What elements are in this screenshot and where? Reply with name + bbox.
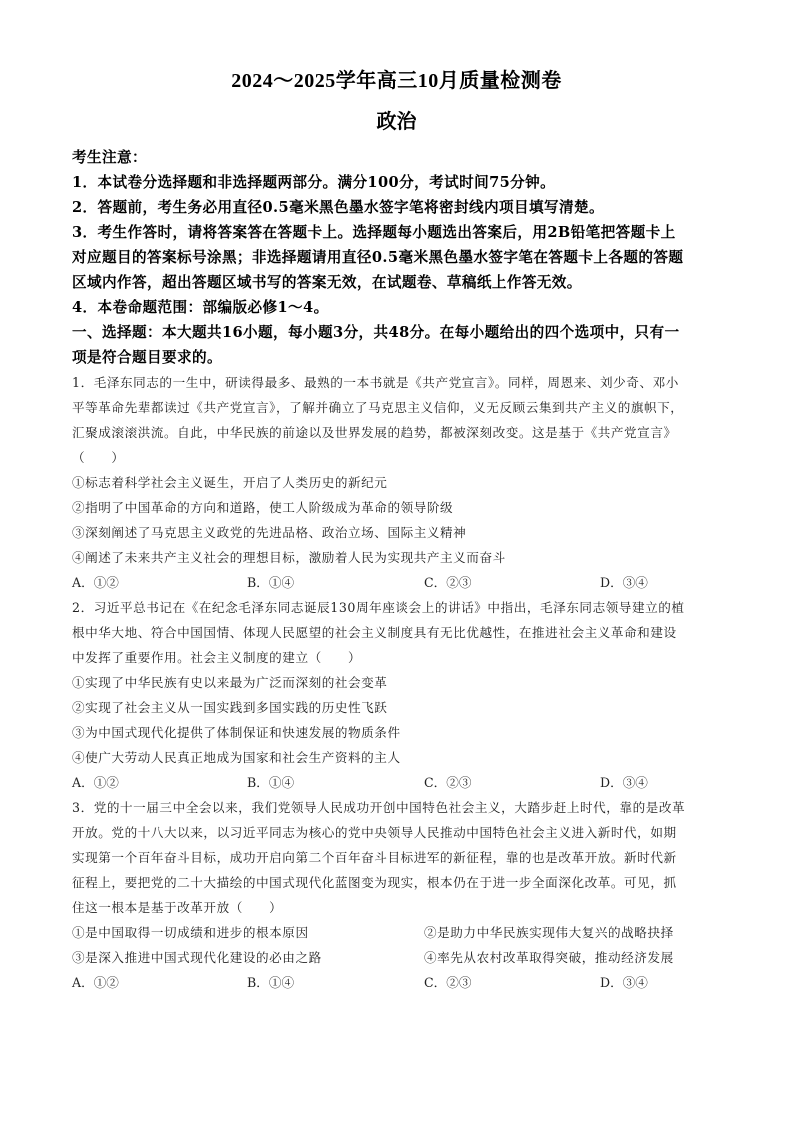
question-1-stem: 平等革命先辈都读过《共产党宣言》，了解并确立了马克思主义信仰，义无反顾云集到共产… bbox=[72, 397, 732, 416]
question-2-options: A．①② B．①④ C．②③ D．③④ bbox=[72, 772, 732, 790]
notice-item: 3．考生作答时，请将答案答在答题卡上。选择题每小题选出答案后，用2B铅笔把答题卡… bbox=[72, 221, 732, 242]
section-heading: 项是符合题目要求的。 bbox=[72, 346, 732, 367]
option-a[interactable]: A．①② bbox=[72, 772, 119, 791]
question-3-statement: ②是助力中华民族实现伟大复兴的战略抉择 bbox=[424, 922, 674, 941]
question-3-stem: 实现第一个百年奋斗目标，成功开启向第二个百年奋斗目标进军的新征程，靠的也是改革开… bbox=[72, 847, 732, 866]
notice-heading: 考生注意： bbox=[72, 146, 732, 167]
question-1-stem: 汇聚成滚滚洪流。自此，中华民族的前途以及世界发展的趋势，都被深刻改变。这是基于《… bbox=[72, 422, 732, 441]
notice-item: 区域内作答，超出答题区域书写的答案无效，在试题卷、草稿纸上作答无效。 bbox=[72, 271, 732, 292]
question-1-statement: ④阐述了未来共产主义社会的理想目标，激励着人民为实现共产主义而奋斗 bbox=[72, 547, 732, 566]
option-b[interactable]: B．①④ bbox=[247, 572, 294, 591]
notice-item: 2．答题前，考生务必用直径0.5毫米黑色墨水签字笔将密封线内项目填写清楚。 bbox=[72, 196, 732, 217]
question-1-stem: 1．毛泽东同志的一生中，研读得最多、最熟的一本书就是《共产党宣言》。同样，周恩来… bbox=[72, 372, 732, 391]
question-1-options: A．①② B．①④ C．②③ D．③④ bbox=[72, 572, 732, 590]
question-3-statement: ④率先从农村改革取得突破，推动经济发展 bbox=[424, 947, 674, 966]
notice-item: 4．本卷命题范围：部编版必修1～4。 bbox=[72, 296, 732, 317]
notice-item: 1．本试卷分选择题和非选择题两部分。满分100分，考试时间75分钟。 bbox=[72, 171, 732, 192]
question-2-stem: 2．习近平总书记在《在纪念毛泽东同志诞辰130周年座谈会上的讲话》中指出，毛泽东… bbox=[72, 597, 732, 616]
question-1-statement: ①标志着科学社会主义诞生，开启了人类历史的新纪元 bbox=[72, 472, 732, 491]
question-2-statement: ③为中国式现代化提供了体制保证和快速发展的物质条件 bbox=[72, 722, 732, 741]
question-1-stem: （ ） bbox=[72, 447, 732, 466]
option-d[interactable]: D．③④ bbox=[600, 572, 648, 591]
subject-title: 政治 bbox=[0, 105, 793, 134]
question-3-stem: 住这一根本是基于改革开放（ ） bbox=[72, 897, 732, 916]
question-2-statement: ①实现了中华民族有史以来最为广泛而深刻的社会变革 bbox=[72, 672, 732, 691]
exam-page: 2024～2025学年高三10月质量检测卷 政治 考生注意： 1．本试卷分选择题… bbox=[0, 0, 793, 1122]
question-2-stem: 根中华大地、符合中国国情、体现人民愿望的社会主义制度具有无比优越性，在推进社会主… bbox=[72, 622, 732, 641]
question-1-statement: ③深刻阐述了马克思主义政党的先进品格、政治立场、国际主义精神 bbox=[72, 522, 732, 541]
question-3-statement: ③是深入推进中国式现代化建设的必由之路 bbox=[72, 947, 322, 966]
question-3-stem: 开放。党的十八大以来，以习近平同志为核心的党中央领导人民推动中国特色社会主义进入… bbox=[72, 822, 732, 841]
question-2-stem: 中发挥了重要作用。社会主义制度的建立（ ） bbox=[72, 647, 732, 666]
option-c[interactable]: C．②③ bbox=[424, 772, 471, 791]
question-2-statement: ④使广大劳动人民真正地成为国家和社会生产资料的主人 bbox=[72, 747, 732, 766]
question-1-statement: ②指明了中国革命的方向和道路，使工人阶级成为革命的领导阶级 bbox=[72, 497, 732, 516]
option-d[interactable]: D．③④ bbox=[600, 972, 648, 991]
option-a[interactable]: A．①② bbox=[72, 972, 119, 991]
option-b[interactable]: B．①④ bbox=[247, 972, 294, 991]
question-3-statement: ①是中国取得一切成绩和进步的根本原因 bbox=[72, 922, 309, 941]
option-a[interactable]: A．①② bbox=[72, 572, 119, 591]
exam-title: 2024～2025学年高三10月质量检测卷 bbox=[0, 64, 793, 93]
question-3-stem: 3．党的十一届三中全会以来，我们党领导人民成功开创中国特色社会主义，大踏步赶上时… bbox=[72, 797, 732, 816]
option-b[interactable]: B．①④ bbox=[247, 772, 294, 791]
option-d[interactable]: D．③④ bbox=[600, 772, 648, 791]
option-c[interactable]: C．②③ bbox=[424, 572, 471, 591]
question-3-options: A．①② B．①④ C．②③ D．③④ bbox=[72, 972, 732, 990]
section-heading: 一、选择题：本大题共16小题，每小题3分，共48分。在每小题给出的四个选项中，只… bbox=[72, 321, 732, 342]
option-c[interactable]: C．②③ bbox=[424, 972, 471, 991]
question-2-statement: ②实现了社会主义从一国实践到多国实践的历史性飞跃 bbox=[72, 697, 732, 716]
question-3-stem: 征程上，要把党的二十大描绘的中国式现代化蓝图变为现实，根本仍在于进一步全面深化改… bbox=[72, 872, 732, 891]
notice-item: 对应题目的答案标号涂黑；非选择题请用直径0.5毫米黑色墨水签字笔在答题卡上各题的… bbox=[72, 246, 732, 267]
